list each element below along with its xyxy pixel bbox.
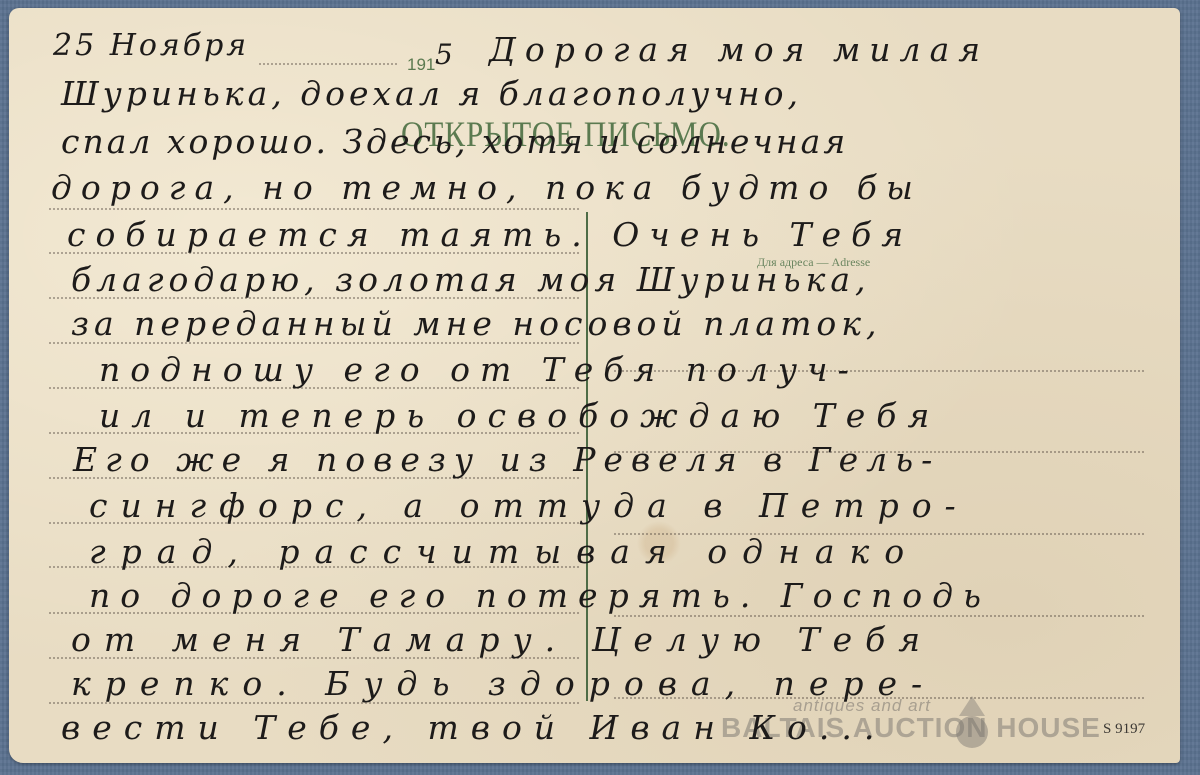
handwritten-line: ил и теперь освобождаю Тебя [99, 396, 940, 435]
handwritten-line: крепко. Будь здорова, пере- [71, 664, 936, 703]
handwritten-line: вести Тебе, твой Иван Ко... [61, 708, 886, 747]
crown-icon [959, 696, 985, 716]
handwritten-date: 25 Ноября [53, 28, 249, 63]
handwritten-line: за переданный мне носовой платок, [71, 304, 881, 343]
handwritten-line: собирается таять. Очень Тебя [67, 215, 913, 254]
dotted-line [259, 63, 397, 65]
logo-circle-icon [956, 716, 988, 748]
handwritten-line: спал хорошо. Здесь, хотя и солнечная [61, 122, 848, 161]
handwritten-line: Шуринька, доехал я благополучно, [61, 74, 802, 113]
postcard: 191 ОТКРЫТОЕ ПИСЬМО. Для адреса — Adress… [9, 8, 1180, 763]
handwritten-year-digit: 5 [435, 38, 456, 71]
dotted-line [49, 208, 579, 210]
handwritten-line: сингфорс, а оттуда в Петро- [89, 486, 969, 525]
handwritten-line: дорога, но темно, пока будто бы [51, 168, 922, 207]
address-line [614, 615, 1144, 617]
handwritten-line: по дороге его потерять. Господь [89, 576, 991, 615]
handwritten-line: Его же я повезу из Ревеля в Гель- [73, 440, 940, 479]
handwritten-line: подношу его от Тебя получ- [99, 350, 859, 389]
serial-number: S 9197 [1103, 721, 1145, 738]
printed-year: 191 [407, 55, 435, 75]
handwritten-line: Дорогая моя милая [489, 30, 989, 69]
handwritten-line: благодарю, золотая моя Шуринька, [71, 260, 871, 299]
handwritten-line: град, рассчитывая однако [89, 532, 919, 571]
handwritten-line: от меня Тамару. Целую Тебя [71, 620, 933, 659]
